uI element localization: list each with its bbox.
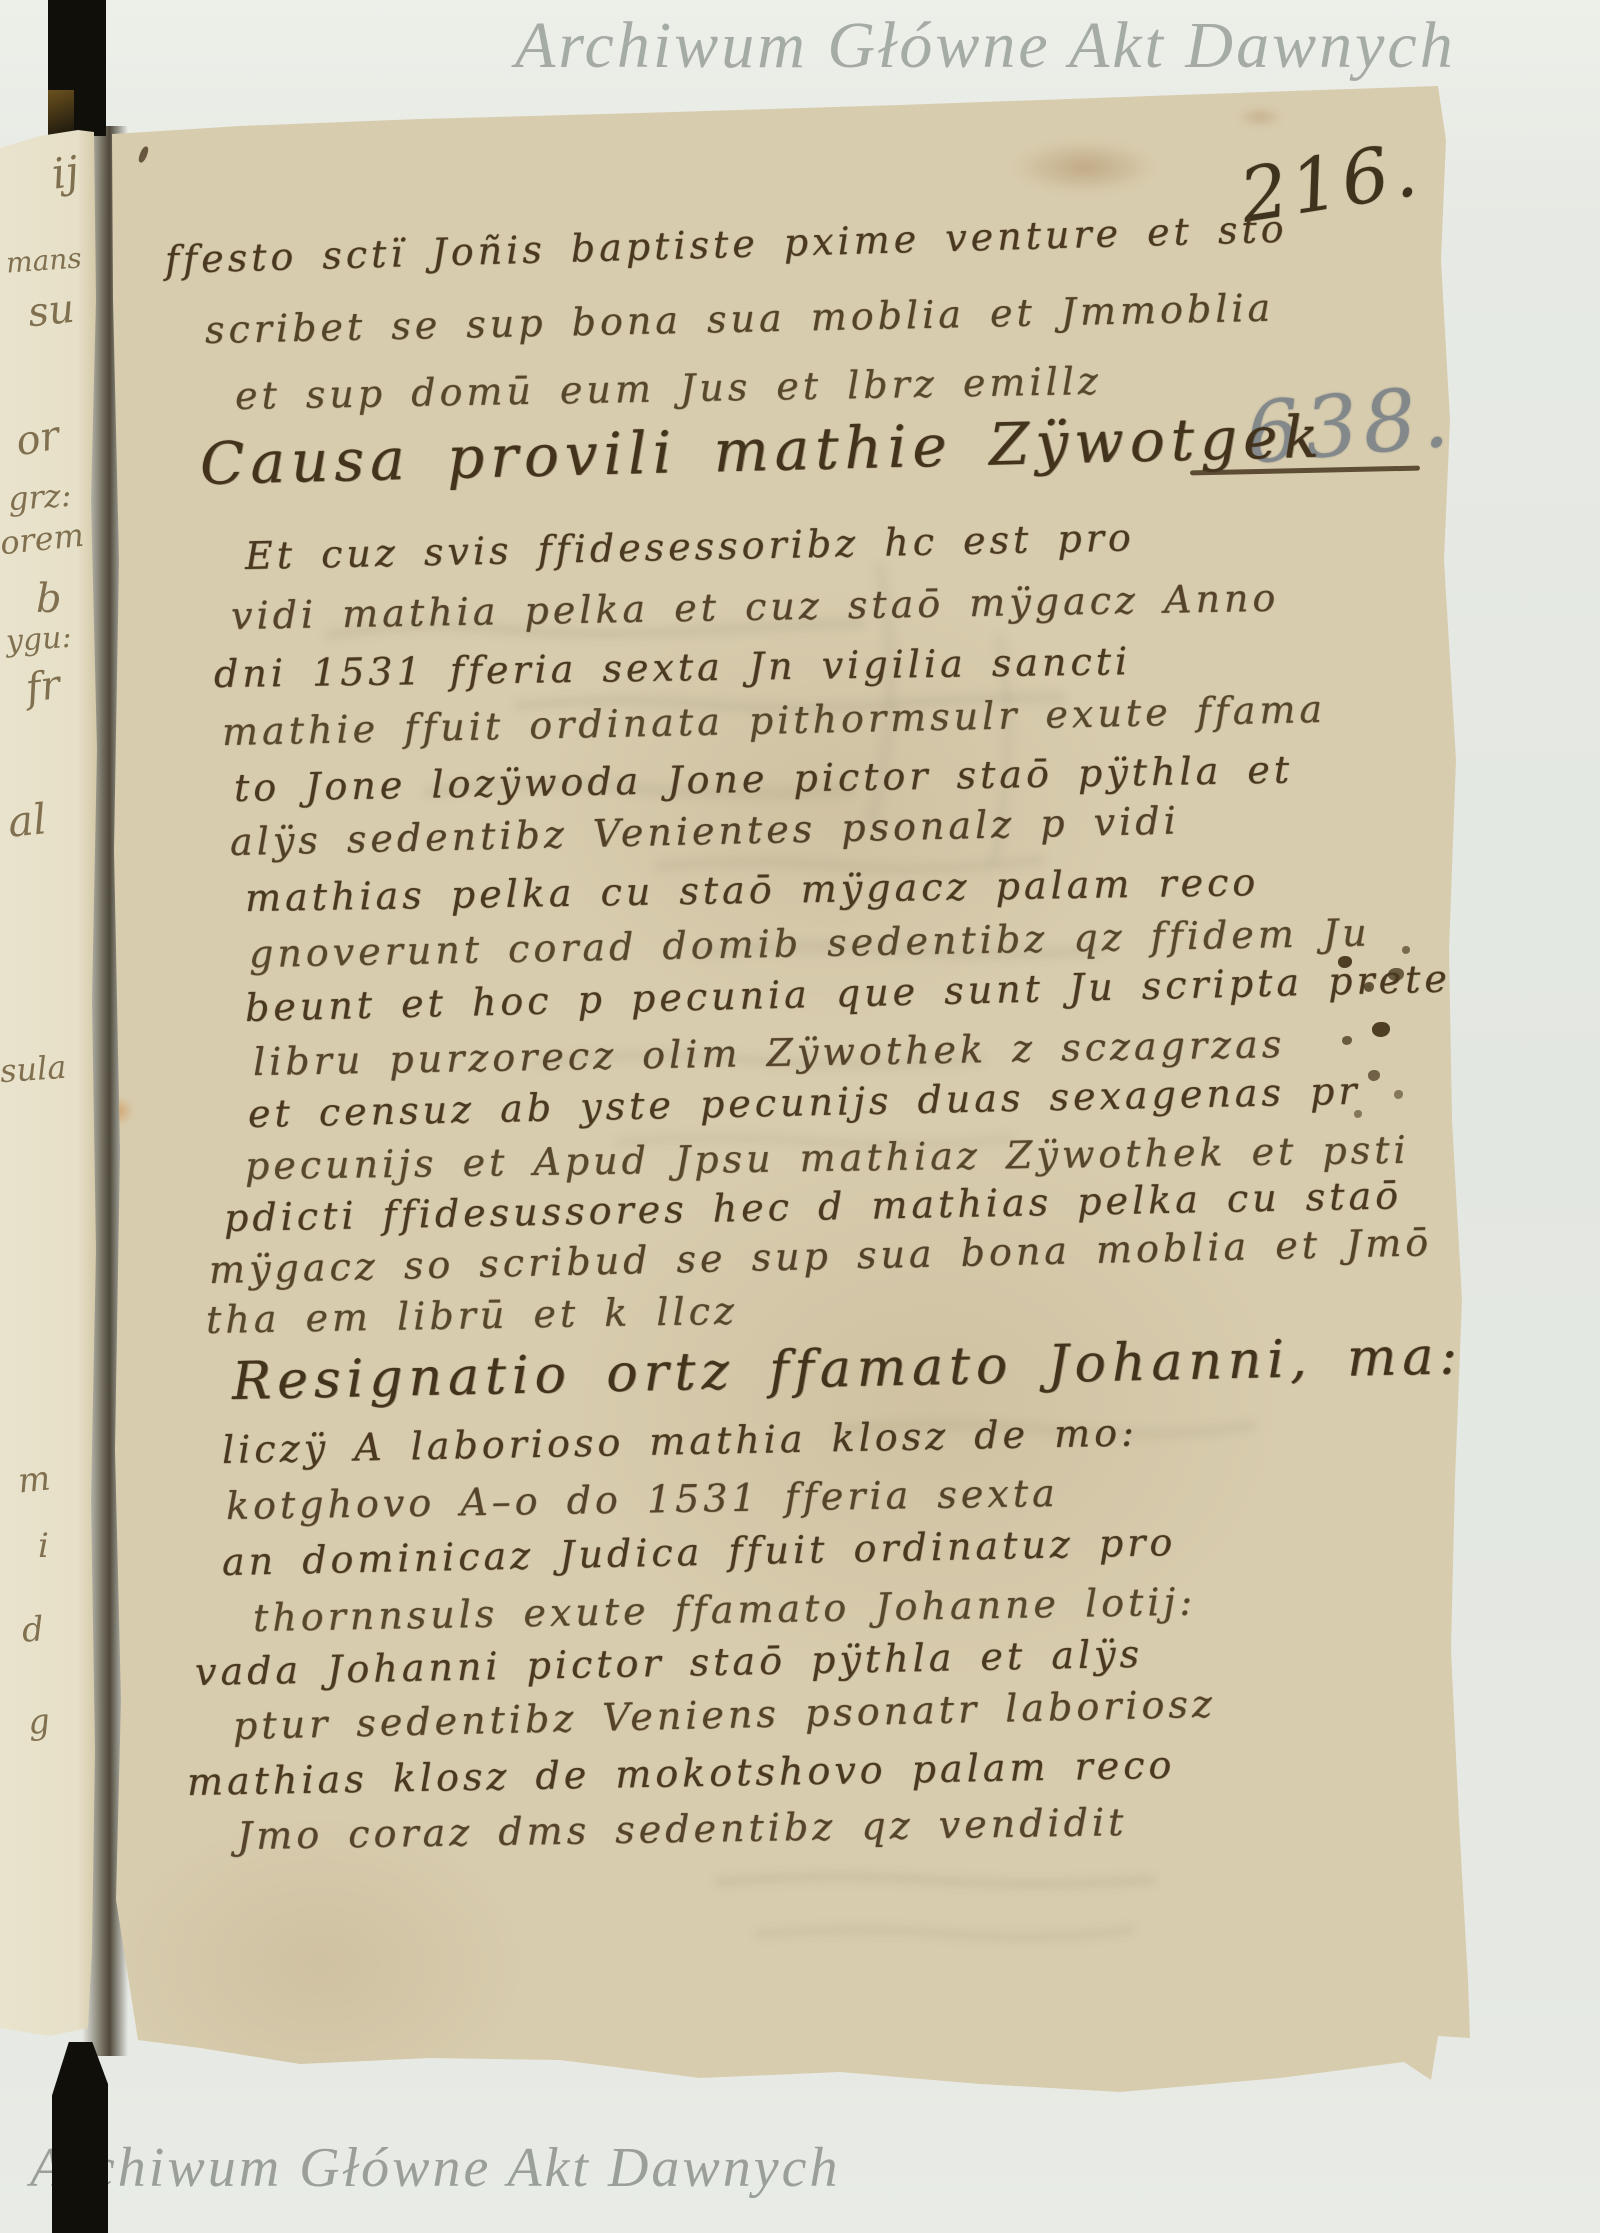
- binding-strap-top: [48, 0, 106, 136]
- page-fragment-text: or: [12, 413, 63, 466]
- manuscript-line: ptur sedentibz Veniens psonatr laboriosz: [233, 1682, 1217, 1748]
- ink-blot: [1394, 1090, 1403, 1099]
- page-fragment-text: su: [26, 286, 77, 337]
- ink-blot: [1368, 1070, 1380, 1081]
- ink-blot: [1402, 946, 1410, 954]
- manuscript-line: Jmo coraz dms sedentibz qz vendidit: [237, 1800, 1128, 1858]
- manuscript-line: et sup domū eum Jus et lbrz emillz: [235, 359, 1103, 418]
- ink-blot: [1372, 1022, 1390, 1037]
- ink-smudge-stain: [1012, 140, 1157, 194]
- page-fragment-text: mans: [5, 241, 83, 279]
- manuscript-line: mathias pelka cu staō mÿgacz palam reco: [245, 860, 1260, 920]
- stray-ink-tick: [137, 145, 150, 163]
- page-fragment-text: grz:: [7, 476, 73, 518]
- manuscript-line: an dominicaz Judica ffuit ordinatuz pro: [222, 1520, 1177, 1584]
- page-fragment-text: al: [6, 794, 49, 847]
- manuscript-line: mathias klosz de mokotshovo palam reco: [187, 1743, 1176, 1804]
- manuscript-line: ffesto sctï Joñis baptiste pxime venture…: [164, 207, 1288, 282]
- page-fragment-text: ygu:: [5, 620, 73, 659]
- page-fragment-text: ij: [49, 146, 82, 198]
- page-fragment-text: orem: [0, 516, 86, 563]
- archive-watermark-bottom: Archiwum Główne Akt Dawnych: [30, 2136, 840, 2200]
- manuscript-line: vada Johanni pictor staō pÿthla et alÿs: [195, 1632, 1144, 1694]
- ink-blot: [1342, 1036, 1352, 1045]
- manuscript-line: dni 1531 fferia sexta Jn vigilia sancti: [214, 639, 1132, 696]
- page-fragment-text: i: [38, 1526, 49, 1566]
- page-fragment-text: d: [21, 1609, 46, 1650]
- manuscript-line: mathie ffuit ordinata pithormsulr exute …: [222, 687, 1327, 754]
- page-fragment-text: m: [16, 1458, 52, 1501]
- manuscript-line: scribet se sup bona sua moblia et Jmmobl…: [205, 286, 1275, 352]
- manuscript-line: Et cuz svis ffidesessoribz hc est pro: [245, 515, 1136, 578]
- manuscript-line: tha em librū et k llcz: [206, 1289, 739, 1342]
- archival-scan-canvas: Archiwum Główne Akt Dawnych ij mans su o…: [0, 0, 1600, 2233]
- page-fragment-text: sula: [0, 1048, 68, 1091]
- entry-heading-resignatio: Resignatio ortz ffamato Johanni, ma:: [231, 1326, 1463, 1412]
- manuscript-page: 216. 638. ffesto sctï Joñis baptiste pxi…: [0, 0, 1600, 2233]
- archive-watermark-top: Archiwum Główne Akt Dawnych: [515, 8, 1456, 84]
- manuscript-line: kotghovo A–o do 1531 fferia sexta: [226, 1471, 1059, 1528]
- manuscript-line: thornnsuls exute ffamato Johanne lotij:: [253, 1580, 1197, 1640]
- faint-stain: [1236, 106, 1284, 128]
- manuscript-line: liczÿ A laborioso mathia klosz de mo:: [222, 1410, 1139, 1472]
- page-fragment-text: b: [36, 576, 62, 622]
- page-fragment-text: fr: [23, 662, 63, 712]
- page-fragment-text: g: [26, 1701, 52, 1743]
- manuscript-line: vidi mathia pelka et cuz staō mÿgacz Ann…: [231, 576, 1280, 638]
- binding-strap-bottom: [52, 2042, 108, 2233]
- entry-heading-causa: Causa provili mathie Zÿwotgek: [199, 403, 1325, 498]
- manuscript-line: alÿs sedentibz Venientes psonalz p vidi: [230, 798, 1181, 864]
